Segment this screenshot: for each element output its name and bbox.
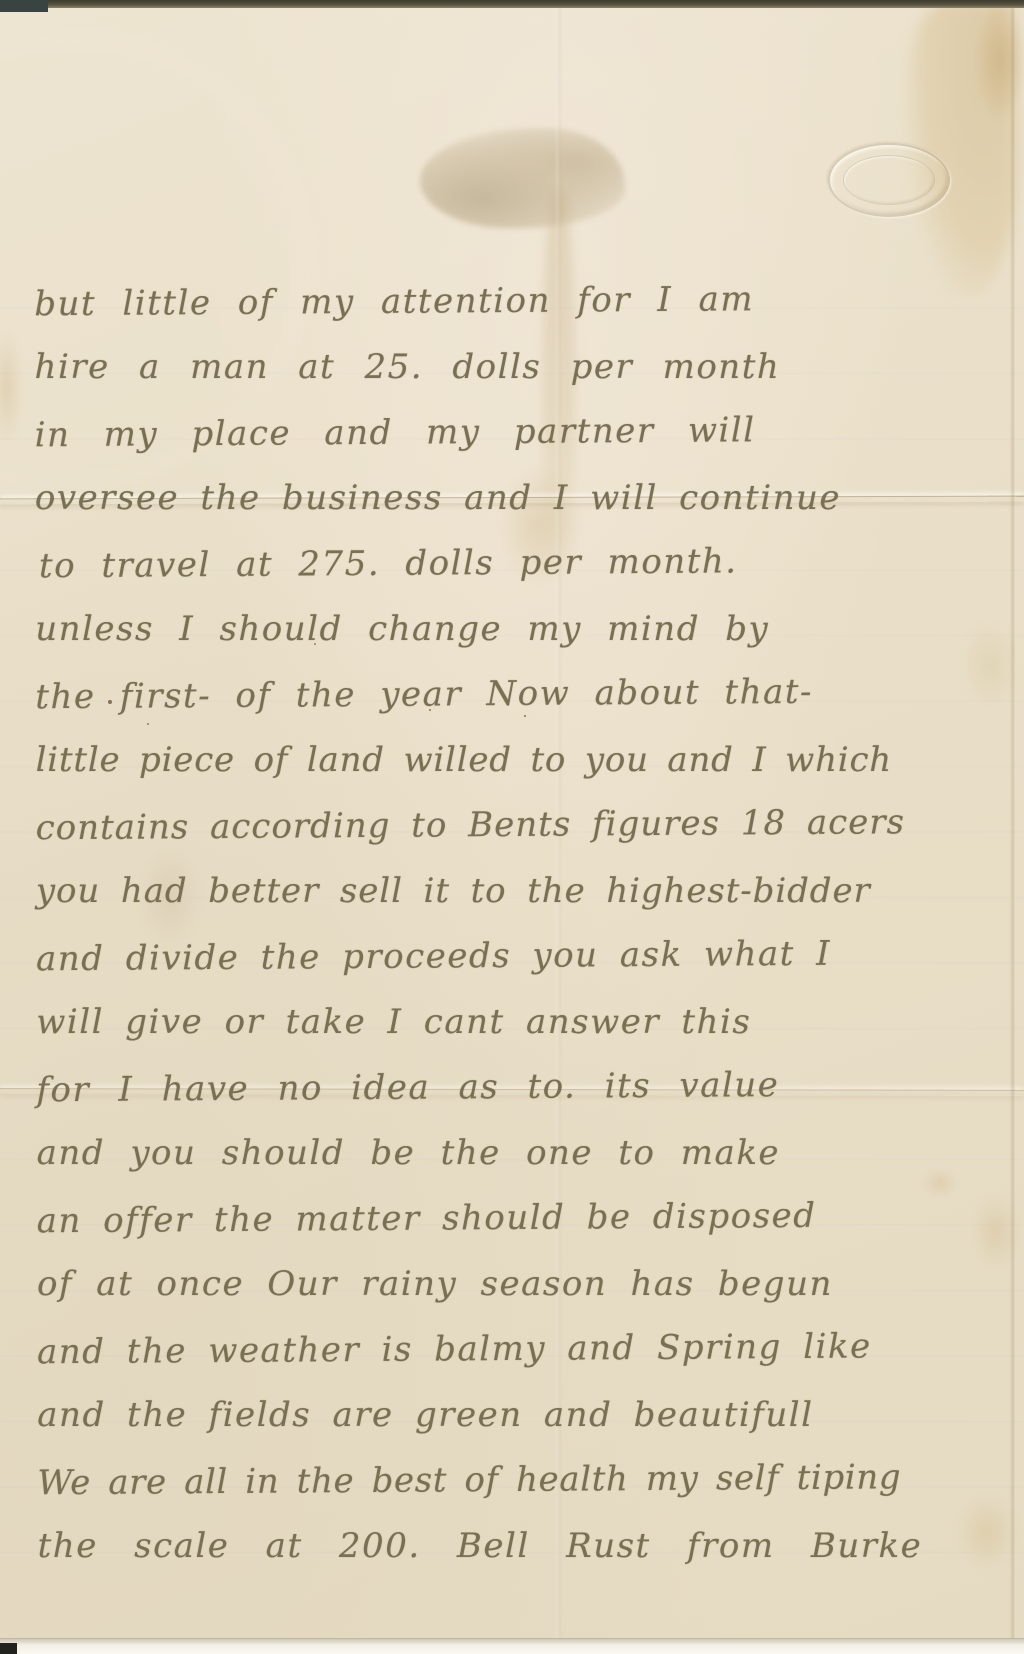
handwriting-line: to travel at 275. dolls per month.: [39, 540, 977, 612]
scan-background-bottom-left: [0, 1643, 17, 1654]
handwriting-line: an offer the matter should be disposed: [37, 1195, 979, 1267]
handwriting-line: but little of my attention for I am: [34, 278, 976, 350]
handwriting-line: and the weather is balmy and Spring like: [37, 1326, 979, 1398]
letter-scan: but little of my attention for I am hire…: [0, 0, 1024, 1654]
handwriting-line: you had better sell it to the highest-bi…: [36, 871, 978, 937]
handwriting-line: We are all in the best of health my self…: [37, 1457, 979, 1529]
letter-body: but little of my attention for I am hire…: [34, 280, 979, 1592]
scan-background-top: [0, 0, 1024, 8]
handwriting-line: and you should be the one to make: [37, 1132, 979, 1198]
stain-top-right-corner: [976, 0, 1024, 120]
handwriting-line: will give or take I cant answer this: [36, 1001, 978, 1067]
handwriting-line: contains according to Bents figures 18 a…: [36, 802, 978, 874]
page-edge-right: [1010, 7, 1014, 1640]
handwriting-line: the scale at 200. Bell Rust from Burke: [38, 1525, 980, 1591]
handwriting-line: for I have no idea as to. its value: [36, 1064, 978, 1136]
handwriting-line: in my place and my partner will: [34, 409, 976, 481]
handwriting-line: hire a man at 25. dolls per month: [35, 347, 977, 413]
handwriting-line: oversee the business and I will continue: [35, 478, 977, 544]
scan-background-top-left: [0, 0, 48, 12]
handwriting-line: and the fields are green and beautifull: [37, 1394, 979, 1460]
handwriting-line: the first- of the year Now about that-: [35, 671, 977, 743]
handwriting-line: of at once Our rainy season has begun: [37, 1263, 979, 1329]
embossed-seal-icon: [828, 143, 950, 217]
handwriting-line: unless I should change my mind by: [35, 609, 977, 675]
scan-background-bottom: [0, 1638, 1024, 1654]
handwriting-line: and divide the proceeds you ask what I: [36, 933, 978, 1005]
embossed-seal-inner-ring: [843, 155, 935, 205]
handwriting-line: little piece of land willed to you and I…: [36, 740, 978, 806]
